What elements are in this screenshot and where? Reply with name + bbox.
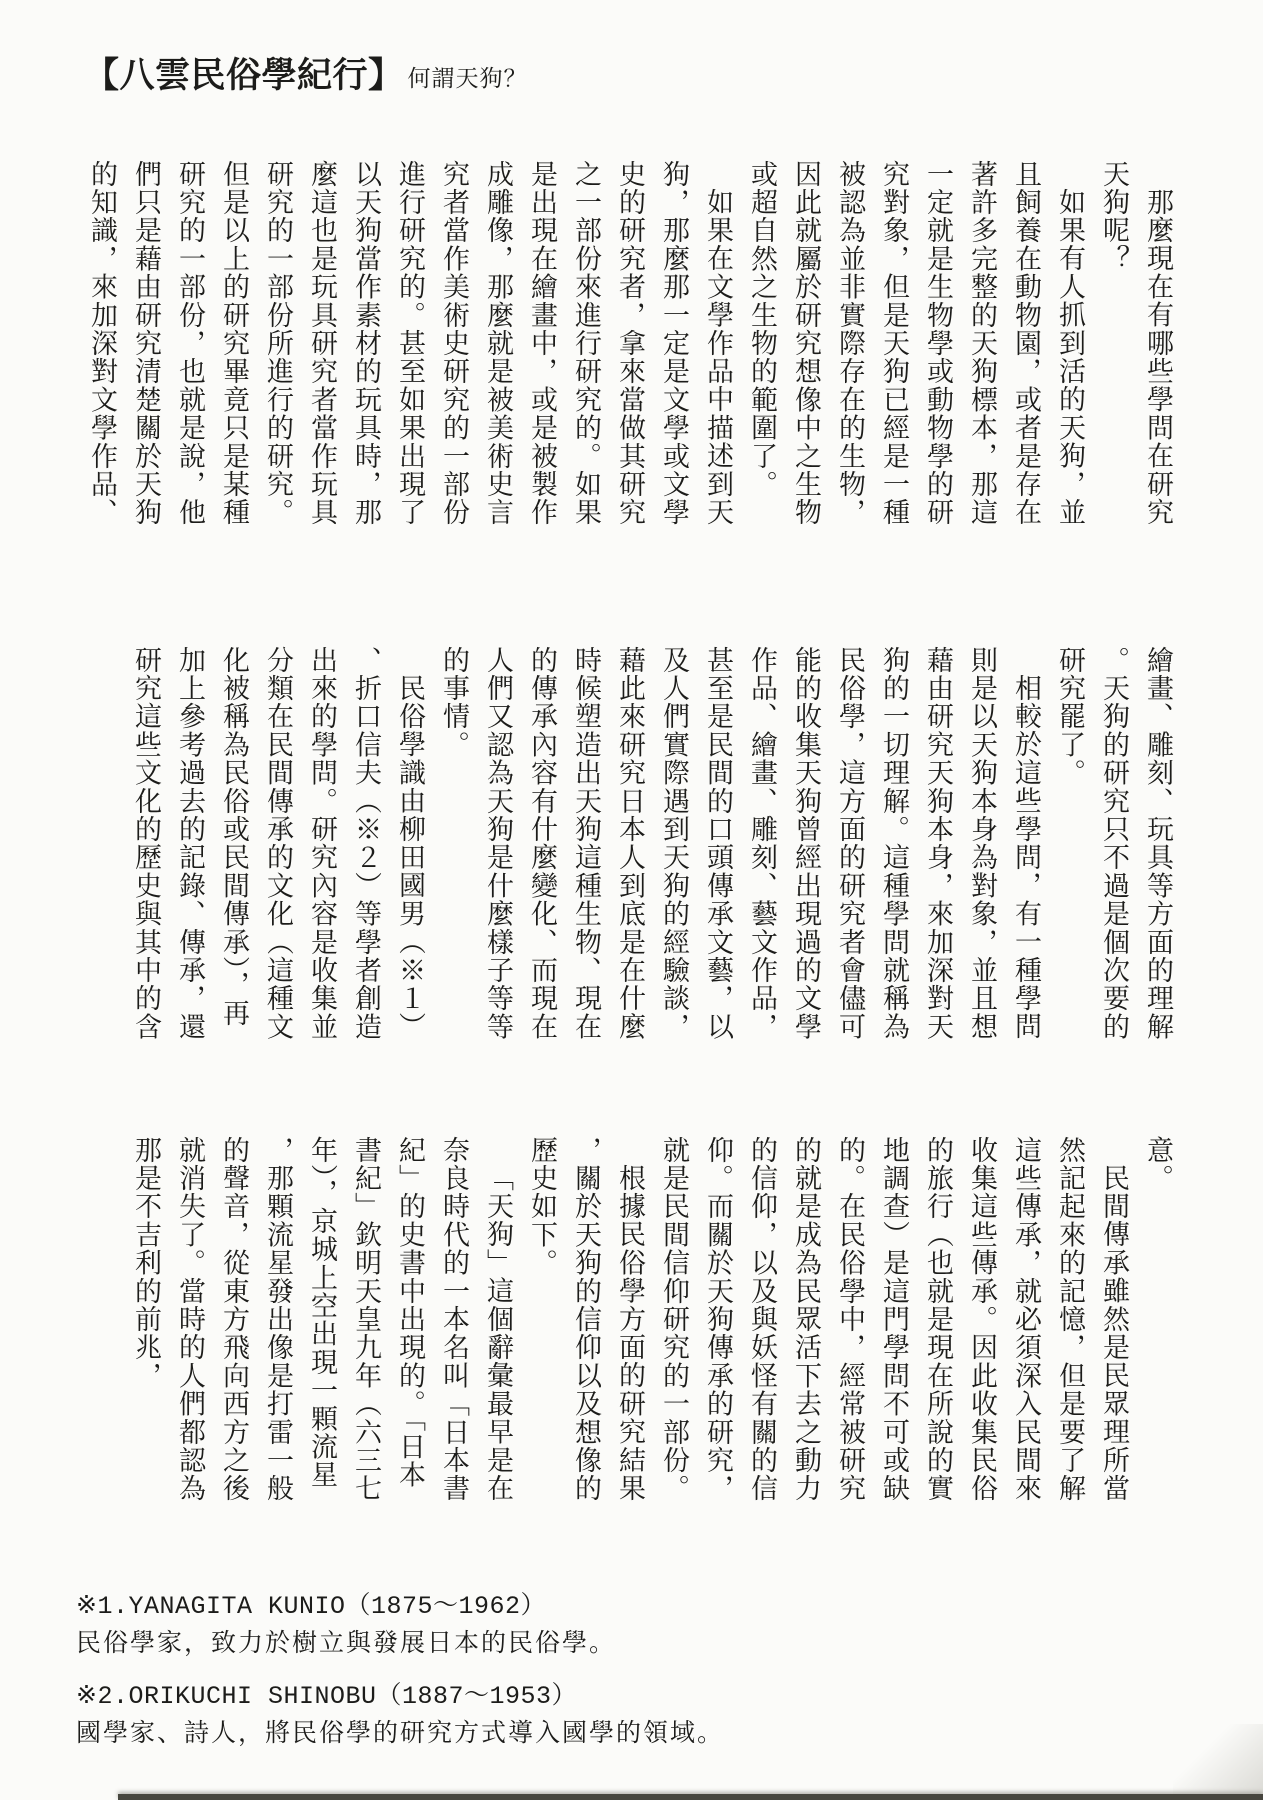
- paragraph: 根據民俗學方面的研究結果，關於天狗的信仰以及想像的歷史如下。: [520, 1136, 652, 1504]
- paragraph: 意。: [1136, 1136, 1180, 1504]
- article-header: 【八雲民俗學紀行】 何謂天狗？: [84, 54, 528, 98]
- scanned-book-page: 【八雲民俗學紀行】 何謂天狗？ 那麼現在有哪些學問在研究天狗呢？ 如果有人抓到活…: [0, 0, 1263, 1800]
- footnote-2-heading: ※2.ORIKUCHI SHINOBU（1887～1953）: [76, 1681, 724, 1713]
- footnote-2: ※2.ORIKUCHI SHINOBU（1887～1953） 國學家、詩人，將民…: [76, 1681, 724, 1750]
- footnote-1: ※1.YANAGITA KUNIO（1875～1962） 民俗學家，致力於樹立與…: [76, 1591, 724, 1660]
- paragraph: 如果在文學作品中描述到天狗，那麼那一定是文學或文學史的研究者，拿來當做其研究之一…: [80, 160, 740, 528]
- paragraph: 相較於這些學問，有一種學問則是以天狗本身為對象，並且想藉由研究天狗本身，來加深對…: [432, 646, 1048, 1044]
- footnotes: ※1.YANAGITA KUNIO（1875～1962） 民俗學家，致力於樹立與…: [76, 1591, 724, 1771]
- paragraph: 民俗學識由柳田國男（※１）、折口信夫（※２）等學者創造出來的學問。研究內容是收集…: [124, 646, 432, 1044]
- footnote-1-heading: ※1.YANAGITA KUNIO（1875～1962）: [76, 1591, 724, 1623]
- paragraph: 繪畫、雕刻、玩具等方面的理解。天狗的研究只不過是個次要的研究罷了。: [1048, 646, 1180, 1044]
- paragraph: 那麼現在有哪些學問在研究天狗呢？: [1092, 160, 1180, 528]
- scan-edge-artifact: [118, 1794, 1263, 1800]
- text-block-2: 繪畫、雕刻、玩具等方面的理解。天狗的研究只不過是個次要的研究罷了。 相較於這些學…: [118, 646, 1180, 1044]
- text-block-1: 那麼現在有哪些學問在研究天狗呢？ 如果有人抓到活的天狗，並且飼養在動物園，或者是…: [76, 160, 1180, 528]
- paragraph: 民間傳承雖然是民眾理所當然記起來的記憶，但是要了解這些傳承，就必須深入民間來收集…: [652, 1136, 1136, 1504]
- text-block-3: 意。 民間傳承雖然是民眾理所當然記起來的記憶，但是要了解這些傳承，就必須深入民間…: [118, 1136, 1180, 1504]
- article-title: 何謂天狗？: [408, 60, 528, 98]
- footnote-1-body: 民俗學家，致力於樹立與發展日本的民俗學。: [76, 1628, 724, 1660]
- footnote-2-body: 國學家、詩人，將民俗學的研究方式導入國學的領域。: [76, 1718, 724, 1750]
- series-title: 【八雲民俗學紀行】: [84, 54, 404, 98]
- paragraph: 如果有人抓到活的天狗，並且飼養在動物園，或者是存在著許多完整的天狗標本，那這一定…: [740, 160, 1092, 528]
- paragraph: 「天狗」這個辭彙最早是在奈良時代的一本名叫「日本書紀」的史書中出現的。「日本書紀…: [124, 1136, 520, 1504]
- scan-corner-shadow: [1173, 1724, 1263, 1794]
